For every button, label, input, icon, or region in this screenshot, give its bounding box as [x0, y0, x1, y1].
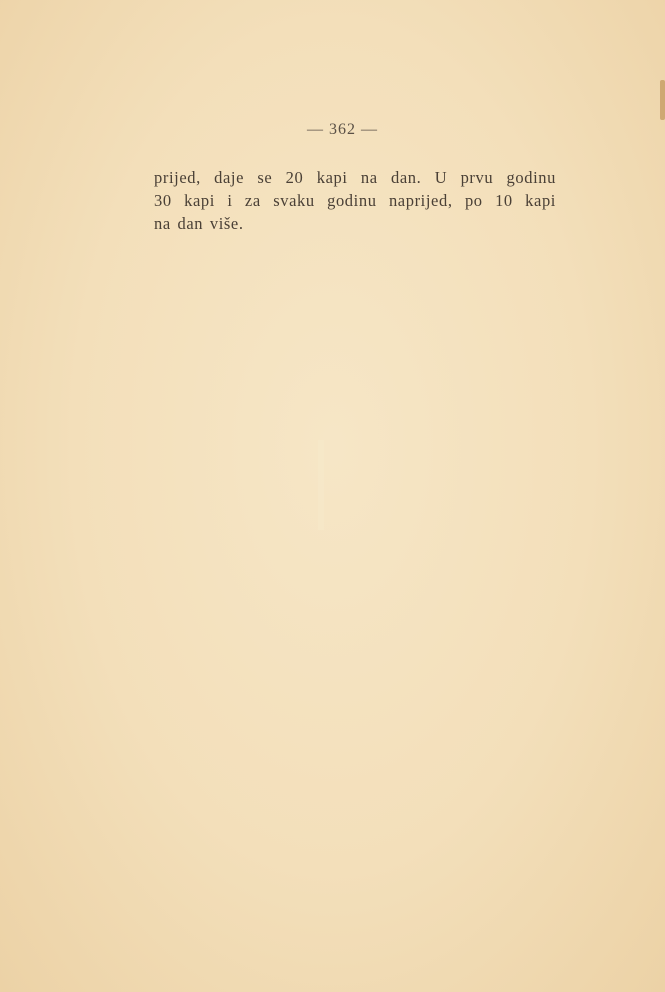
text-line-1: prijed, daje se 20 kapi na dan. U prvu g…	[154, 166, 556, 189]
paper-fold-mark	[318, 440, 324, 530]
book-page: — 362 — prijed, daje se 20 kapi na dan. …	[0, 0, 665, 992]
body-text: prijed, daje se 20 kapi na dan. U prvu g…	[154, 166, 556, 235]
page-number: — 362 —	[10, 121, 665, 139]
text-line-3: na dan više.	[154, 212, 556, 235]
page-edge-stain	[660, 80, 665, 120]
text-line-2: 30 kapi i za svaku godinu naprijed, po 1…	[154, 189, 556, 212]
